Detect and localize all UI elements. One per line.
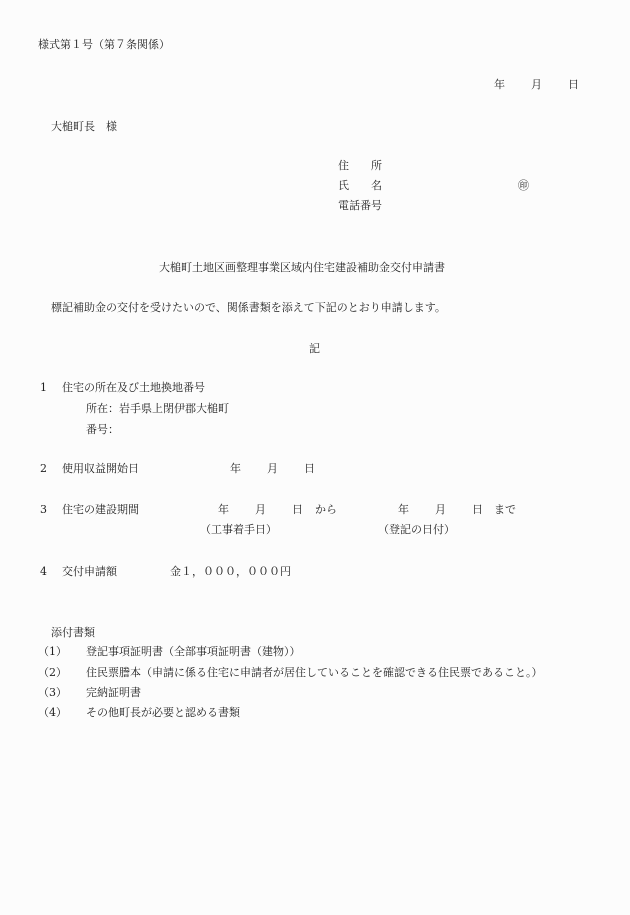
- item-3-from-suffix: から: [315, 503, 337, 517]
- item-3-from-year: 年: [218, 503, 229, 517]
- attachment-text: 住民票謄本（申請に係る住宅に申請者が居住していることを確認できる住民票であること…: [86, 666, 543, 680]
- item-2-month: 月: [267, 462, 278, 476]
- item-3-label: 住宅の建設期間: [62, 503, 139, 517]
- attachment-number: （2）: [38, 666, 67, 680]
- item-3-number: 3: [40, 503, 47, 517]
- item-1-location: 所在：岩手県上閉伊郡大槌町: [86, 402, 229, 416]
- intro-paragraph: 標記補助金の交付を受けたいので、関係書類を添えて下記のとおり申請します。: [51, 301, 446, 315]
- attachments-heading: 添付書類: [51, 626, 95, 640]
- attachment-text: 完納証明書: [86, 686, 141, 700]
- attachment-number: （1）: [38, 645, 67, 659]
- address-label: 住 所: [338, 159, 382, 173]
- item-4-number: 4: [40, 565, 47, 579]
- item-1-label: 住宅の所在及び土地換地番号: [62, 381, 205, 395]
- date-month: 月: [531, 78, 542, 92]
- date-year: 年: [494, 78, 505, 92]
- form-label: 様式第１号（第７条関係）: [38, 38, 170, 52]
- attachment-number: （3）: [38, 686, 67, 700]
- attachment-number: （4）: [38, 706, 67, 720]
- item-2-day: 日: [304, 462, 315, 476]
- item-4-label: 交付申請額: [62, 565, 117, 579]
- item-2-year: 年: [230, 462, 241, 476]
- attachment-text: その他町長が必要と認める書類: [86, 706, 240, 720]
- item-1-number: 1: [40, 381, 47, 395]
- item-3-from-month: 月: [255, 503, 266, 517]
- item-2-number: 2: [40, 462, 47, 476]
- ki-heading: 記: [309, 342, 320, 356]
- item-2-label: 使用収益開始日: [62, 462, 139, 476]
- item-1-lot-number: 番号：: [86, 423, 119, 437]
- document-title: 大槌町土地区画整理事業区域内住宅建設補助金交付申請書: [159, 261, 445, 275]
- addressee: 大槌町長 様: [51, 120, 117, 134]
- phone-label: 電話番号: [338, 199, 382, 213]
- item-4-amount: 金１，０００，０００円: [170, 565, 291, 579]
- name-label: 氏 名: [338, 179, 382, 193]
- item-3-to-year: 年: [398, 503, 409, 517]
- item-3-to-month: 月: [435, 503, 446, 517]
- item-3-to-note: （登記の日付）: [378, 523, 455, 537]
- date-day: 日: [568, 78, 579, 92]
- item-3-to-day: 日: [472, 503, 483, 517]
- item-3-from-day: 日: [292, 503, 303, 517]
- item-3-from-note: （工事着手日）: [200, 523, 277, 537]
- item-3-to-suffix: まで: [494, 503, 516, 517]
- attachment-text: 登記事項証明書（全部事項証明書（建物））: [86, 645, 301, 659]
- seal-mark-icon: ㊞: [518, 179, 529, 193]
